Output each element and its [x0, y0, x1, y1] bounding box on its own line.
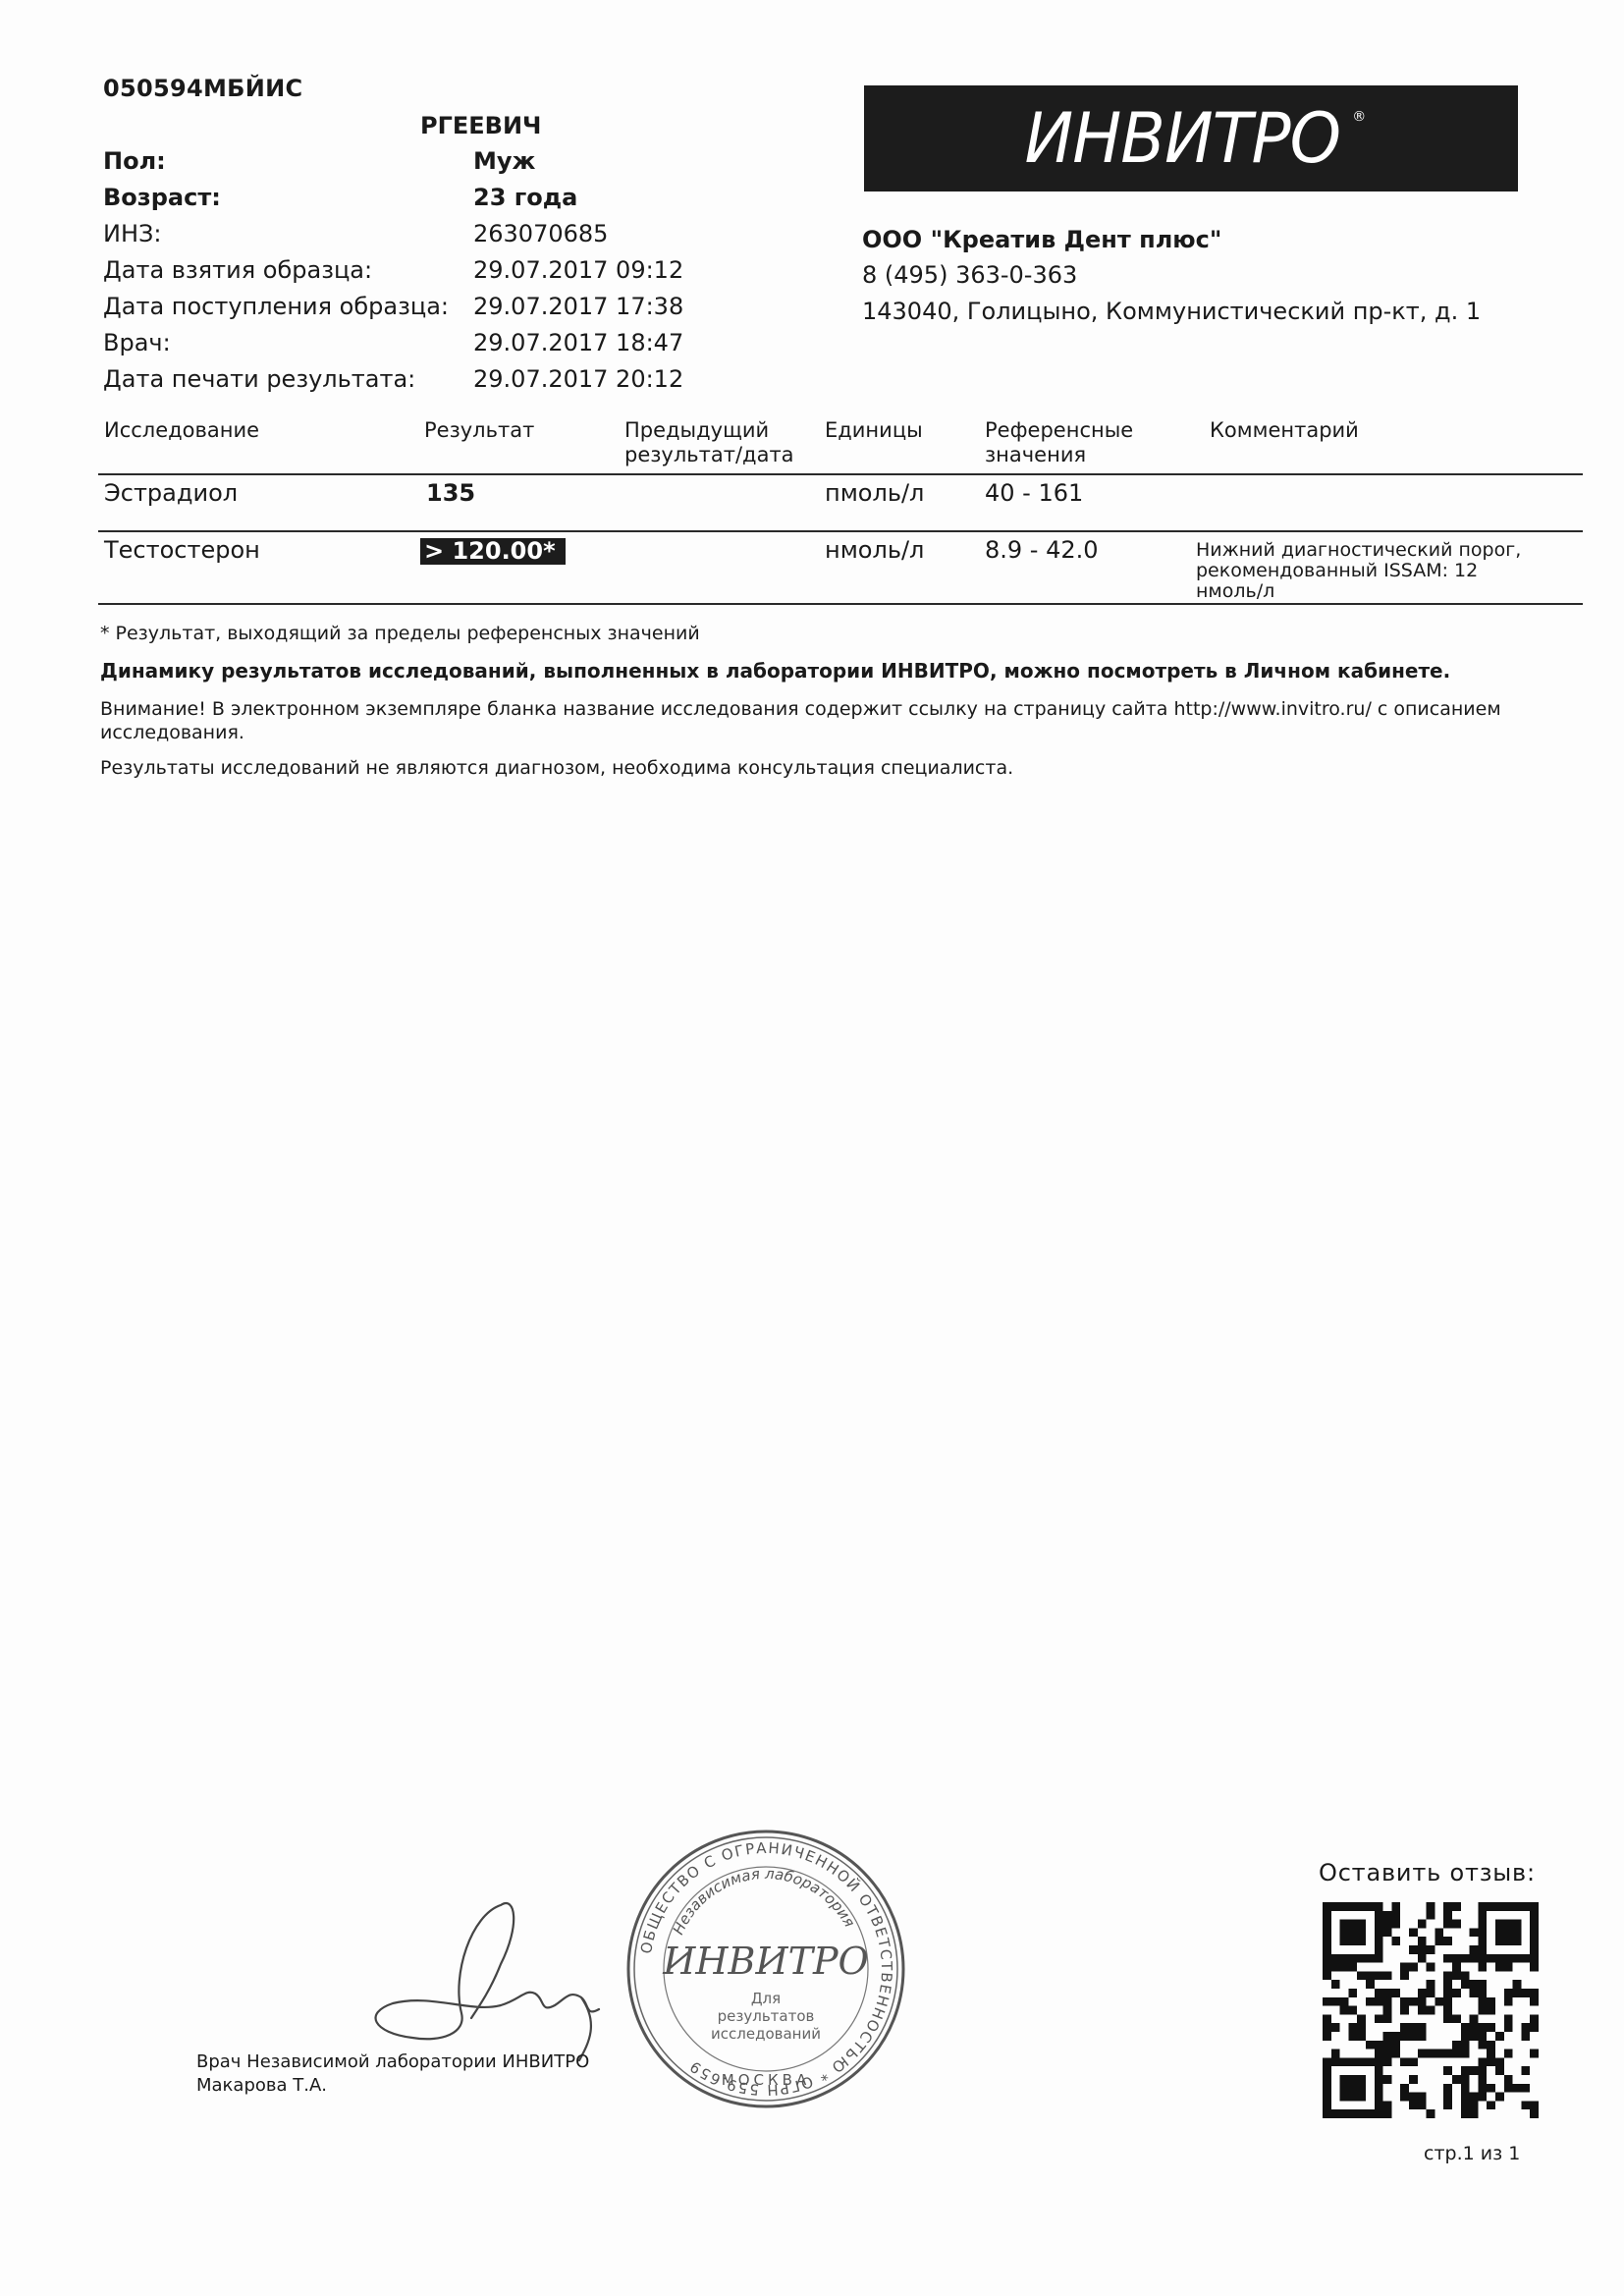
cell-result: 135 [426, 479, 475, 507]
out-of-range-badge: > 120.00* [420, 538, 566, 565]
header-previous-line2: результат/дата [624, 443, 794, 467]
header-previous: Предыдущий результат/дата [624, 418, 794, 467]
info-label: Дата печати результата: [103, 365, 415, 393]
cell-units: нмоль/л [825, 536, 924, 564]
table-rule [98, 473, 1583, 475]
info-label: ИНЗ: [103, 220, 161, 247]
patient-name: РГЕЕВИЧ [420, 112, 541, 139]
info-value: 29.07.2017 18:47 [473, 329, 683, 356]
dynamics-note: Динамику результатов исследований, выпол… [100, 659, 1450, 683]
lab-phone: 8 (495) 363-0-363 [862, 261, 1077, 289]
info-label: Пол: [103, 147, 166, 175]
comment-line: рекомендованный ISSAM: 12 [1196, 561, 1521, 581]
doctor-signature-block: Врач Независимой лаборатории ИНВИТРО Мак… [196, 2050, 589, 2098]
document-id: 050594МБЙИС [103, 75, 302, 102]
header-test: Исследование [104, 418, 259, 443]
cell-test: Тестостерон [104, 536, 260, 564]
svg-text:Для: Для [751, 1990, 781, 2007]
header-result: Результат [424, 418, 534, 443]
cell-units: пмоль/л [825, 479, 924, 507]
attention-note: Внимание! В электронном экземпляре бланк… [100, 697, 1514, 744]
info-label: Возраст: [103, 184, 221, 211]
table-rule [98, 530, 1583, 532]
header-reference-line1: Референсные [985, 418, 1133, 443]
info-label: Дата взятия образца: [103, 256, 372, 284]
lab-name: ООО "Креатив Дент плюс" [862, 226, 1221, 253]
info-value: 29.07.2017 17:38 [473, 293, 683, 320]
header-reference: Референсные значения [985, 418, 1133, 467]
doctor-title: Врач Независимой лаборатории ИНВИТРО [196, 2050, 589, 2074]
doctor-name: Макарова Т.А. [196, 2074, 589, 2098]
info-label: Дата поступления образца: [103, 293, 449, 320]
lab-address: 143040, Голицыно, Коммунистический пр-кт… [862, 298, 1481, 325]
stamp-icon: ОБЩЕСТВО С ОГРАНИЧЕННОЙ ОТВЕТСТВЕННОСТЬЮ… [619, 1822, 913, 2116]
comment-line: Нижний диагностический порог, [1196, 540, 1521, 561]
svg-text:ИНВИТРО: ИНВИТРО [662, 1940, 868, 1983]
logo-text: ИНВИТРО [1024, 98, 1340, 179]
cell-reference: 40 - 161 [985, 479, 1083, 507]
cell-comment: Нижний диагностический порог, рекомендов… [1196, 540, 1521, 602]
cell-reference: 8.9 - 42.0 [985, 536, 1099, 564]
info-label: Врач: [103, 329, 171, 356]
header-units: Единицы [825, 418, 923, 443]
svg-text:МОСКВА: МОСКВА [722, 2071, 810, 2089]
svg-text:исследований: исследований [711, 2025, 821, 2043]
invitro-logo: ИНВИТРО® [864, 85, 1518, 191]
info-value: 263070685 [473, 220, 608, 247]
qr-code-icon[interactable] [1323, 1902, 1539, 2118]
page-number: стр.1 из 1 [1424, 2143, 1520, 2164]
registered-mark-icon: ® [1352, 109, 1366, 125]
disclaimer-note: Результаты исследований не являются диаг… [100, 757, 1013, 779]
feedback-label: Оставить отзыв: [1319, 1859, 1536, 1886]
signature-icon [353, 1895, 619, 2062]
svg-text:результатов: результатов [718, 2007, 815, 2025]
asterisk-note: * Результат, выходящий за пределы рефере… [100, 623, 700, 644]
header-comment: Комментарий [1210, 418, 1359, 443]
header-previous-line1: Предыдущий [624, 418, 794, 443]
header-reference-line2: значения [985, 443, 1133, 467]
cell-result-flagged: > 120.00* [420, 537, 566, 565]
info-value: 29.07.2017 20:12 [473, 365, 683, 393]
info-value: Муж [473, 147, 535, 175]
info-value: 23 года [473, 184, 577, 211]
info-value: 29.07.2017 09:12 [473, 256, 683, 284]
cell-test: Эстрадиол [104, 479, 238, 507]
comment-line: нмоль/л [1196, 581, 1521, 602]
table-rule [98, 603, 1583, 605]
